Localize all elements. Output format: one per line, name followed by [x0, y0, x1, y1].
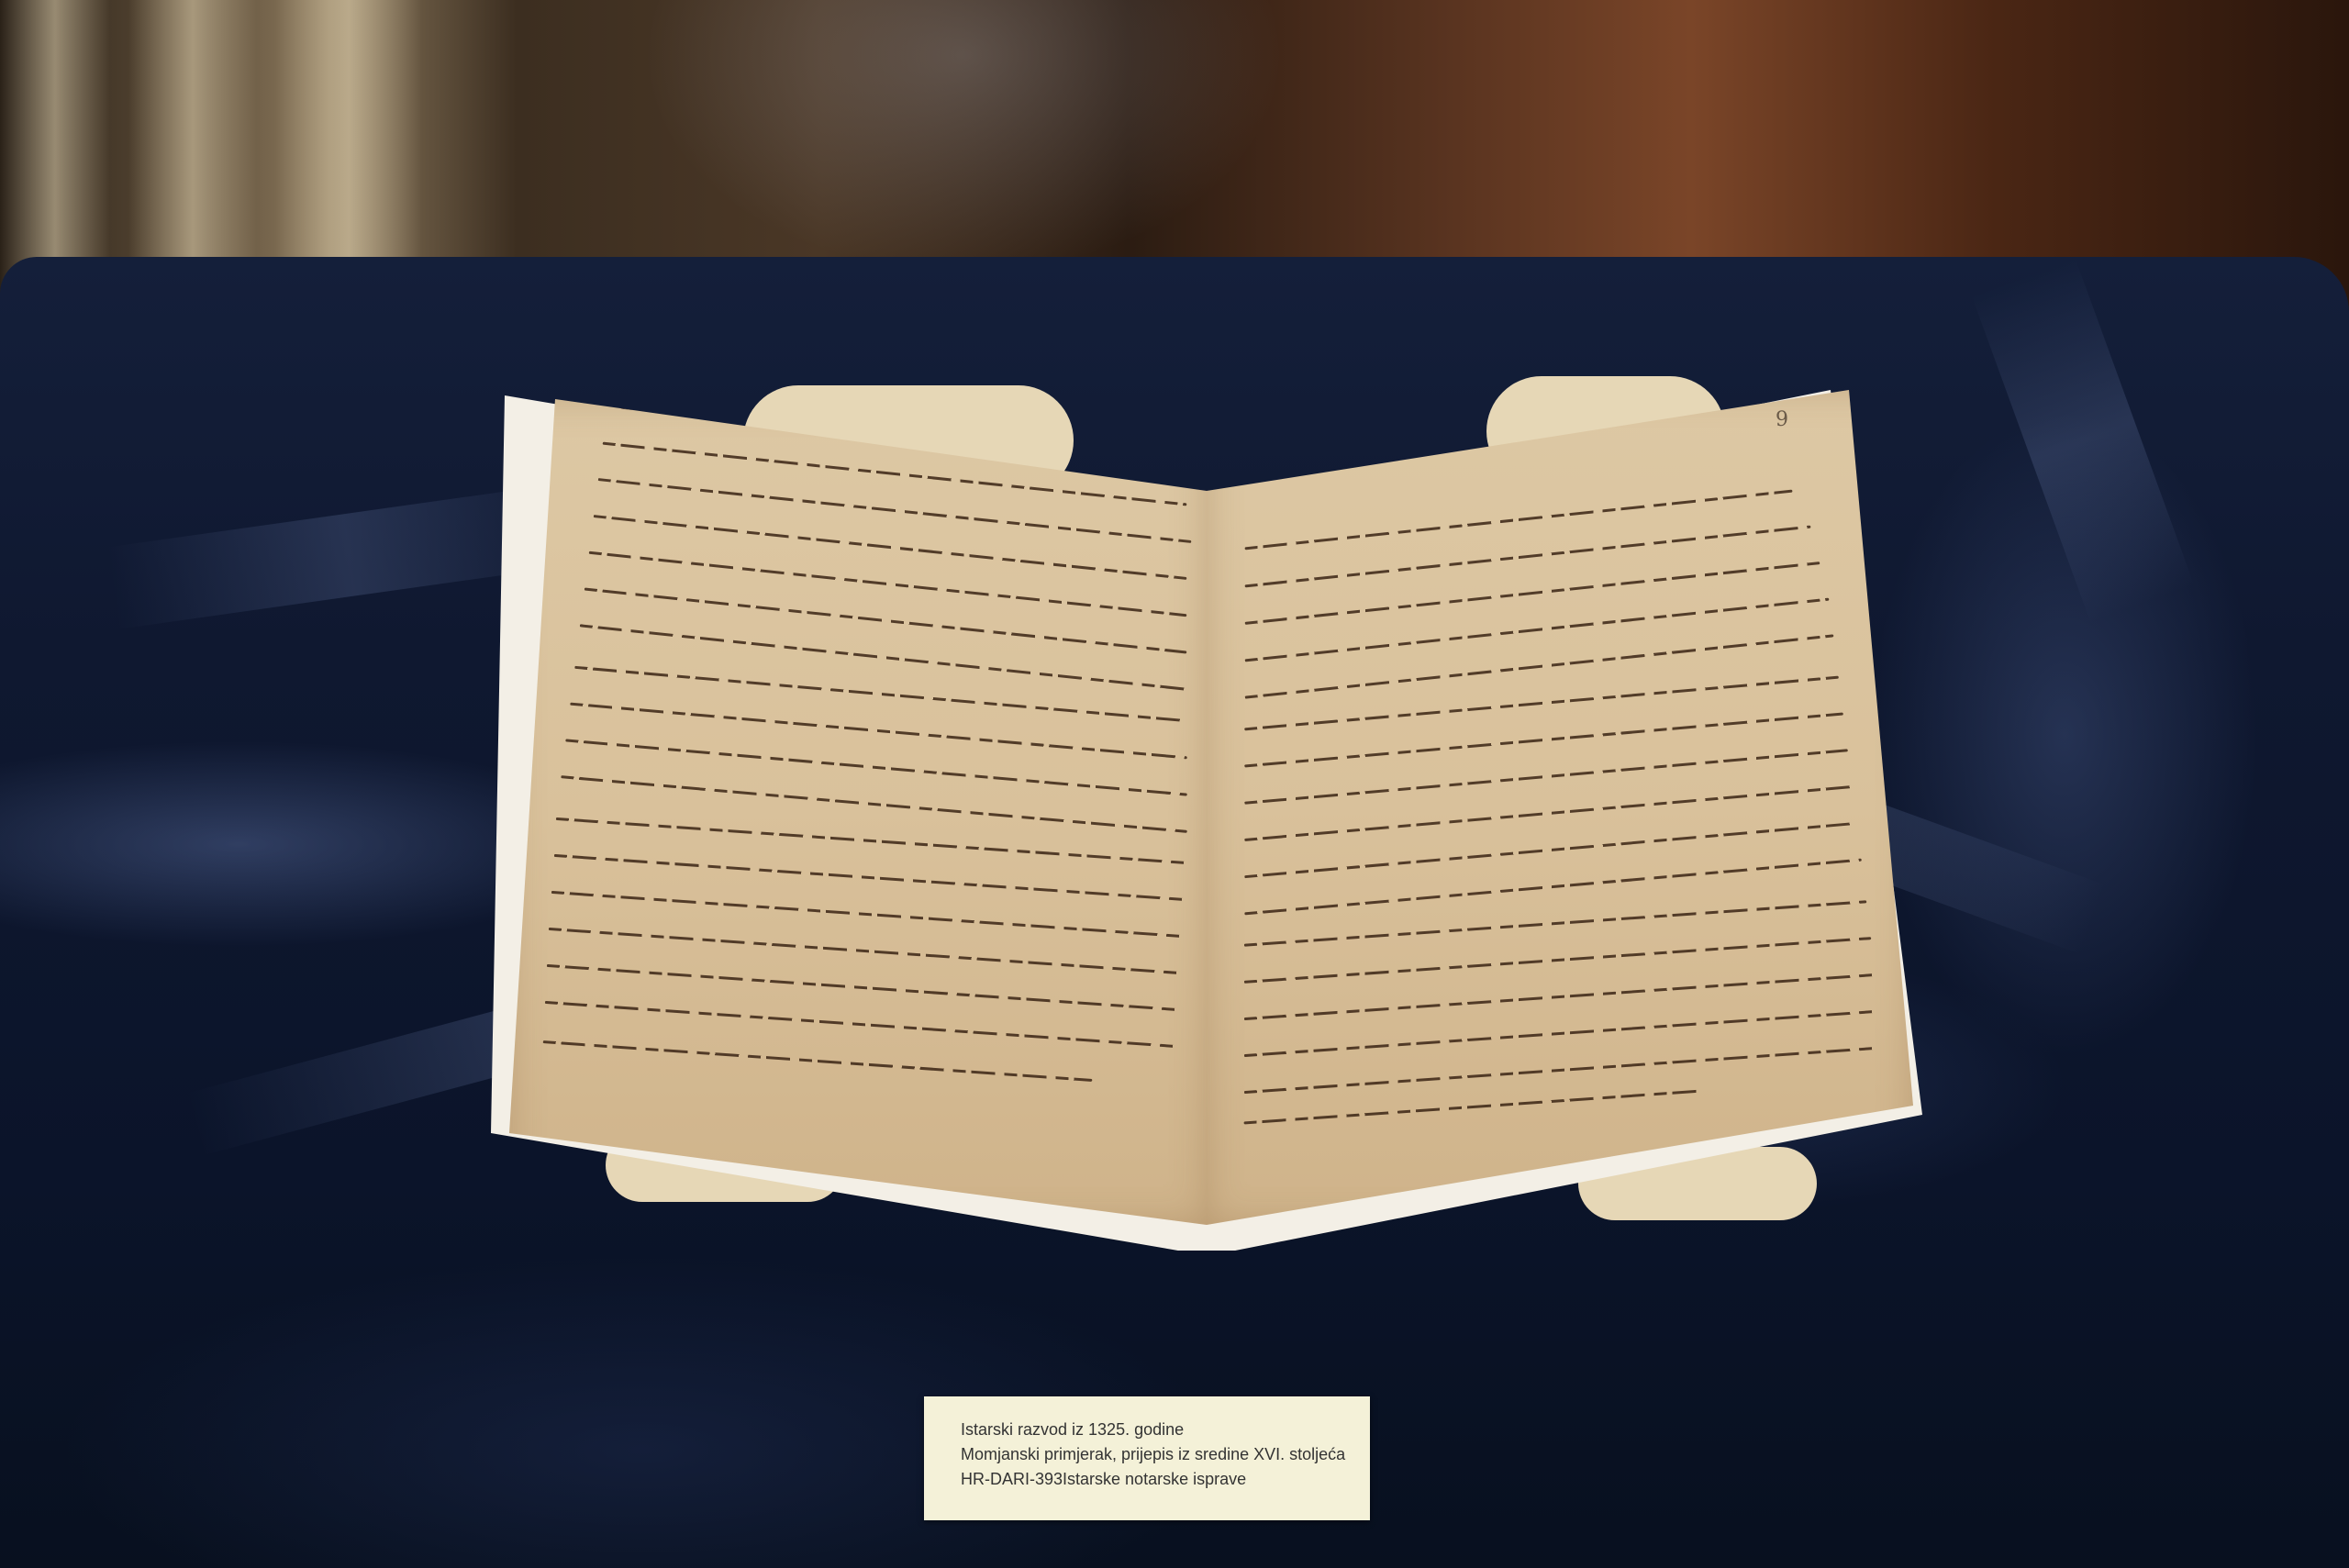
exhibit-label: Istarski razvod iz 1325. godine Momjansk…	[924, 1396, 1370, 1520]
left-page	[509, 399, 1207, 1225]
right-page: 9	[1207, 390, 1913, 1225]
label-title: Istarski razvod iz 1325. godine	[961, 1420, 1184, 1440]
photo-scene: 9 Istarski razvod iz 1325. godine Momjan…	[0, 0, 2349, 1568]
label-description: Momjanski primjerak, prijepis iz sredine…	[961, 1445, 1345, 1464]
page-number: 9	[1776, 408, 1788, 431]
glass-reflection	[642, 0, 1285, 275]
label-reference: HR-DARI-393Istarske notarske isprave	[961, 1470, 1246, 1489]
